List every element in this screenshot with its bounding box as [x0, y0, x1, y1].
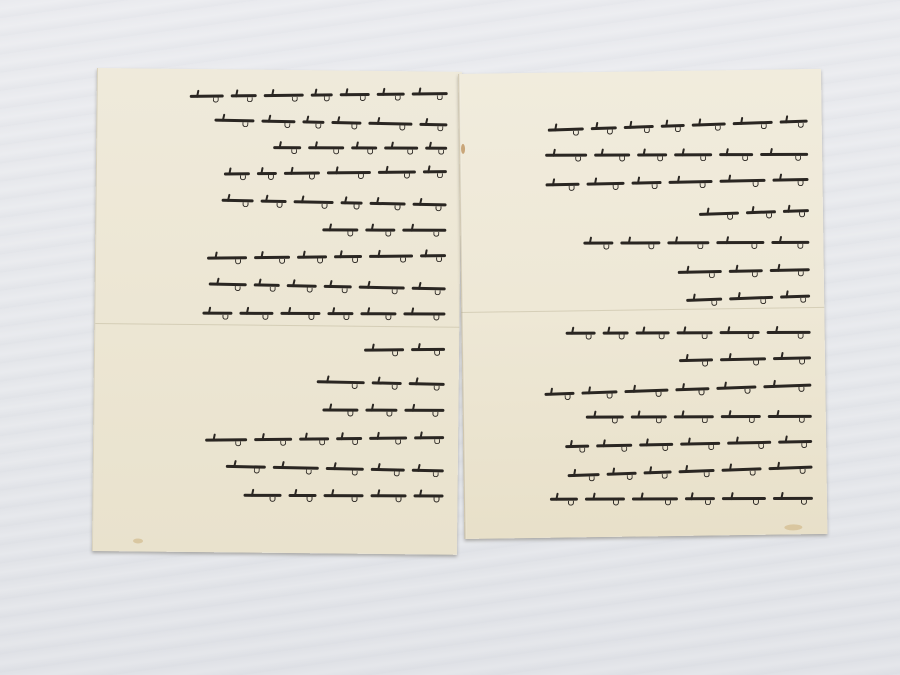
handwritten-word: [727, 440, 771, 444]
handwritten-word: [214, 118, 254, 122]
handwritten-word: [331, 121, 361, 125]
handwritten-word: [546, 182, 580, 186]
handwritten-word: [674, 153, 712, 156]
handwritten-word: [287, 284, 317, 288]
handwritten-word: [207, 256, 247, 259]
handwritten-word: [412, 468, 444, 472]
letter-page-right: Right page of handwritten letter Handwri…: [458, 69, 827, 539]
handwritten-line: [108, 430, 444, 448]
handwritten-line: [218, 402, 444, 417]
letter-page-left: Left page of handwritten letter Handwrit…: [92, 68, 462, 555]
handwritten-word: [254, 255, 290, 258]
handwritten-word: [340, 92, 370, 95]
handwritten-word: [369, 436, 407, 439]
handwritten-word: [239, 311, 273, 314]
handwritten-word: [770, 268, 810, 272]
handwritten-word: [716, 385, 756, 389]
handwritten-word: [773, 356, 811, 360]
handwritten-word: [202, 311, 232, 314]
handwritten-word: [767, 330, 811, 333]
handwritten-word: [678, 270, 722, 274]
handwritten-word: [280, 311, 320, 314]
handwritten-word: [719, 178, 765, 182]
handwritten-word: [746, 210, 776, 214]
handwritten-word: [327, 170, 371, 173]
handwritten-line: [110, 274, 446, 295]
handwritten-word: [675, 387, 709, 391]
handwritten-word: [771, 240, 809, 243]
handwritten-word: [679, 358, 713, 362]
handwritten-line: [477, 434, 812, 455]
handwritten-line: [545, 262, 810, 282]
handwritten-word: [677, 331, 713, 334]
handwritten-word: [294, 200, 334, 204]
handwritten-word: [631, 415, 667, 418]
handwritten-line: [565, 289, 810, 312]
handwritten-word: [364, 348, 404, 351]
handwritten-line: [109, 305, 445, 320]
handwritten-line: [209, 372, 445, 391]
handwritten-word: [680, 441, 720, 445]
handwritten-word: [297, 255, 327, 258]
handwritten-word: [778, 439, 812, 443]
handwritten-lines: [93, 68, 462, 555]
handwritten-word: [729, 269, 763, 273]
handwritten-word: [639, 442, 673, 446]
handwritten-word: [378, 170, 416, 173]
handwritten-line: [477, 409, 812, 424]
handwritten-word: [402, 228, 446, 231]
handwritten-word: [231, 94, 257, 97]
handwritten-word: [414, 436, 444, 439]
handwritten-word: [581, 390, 617, 394]
handwritten-word: [404, 408, 444, 411]
handwritten-word: [583, 241, 613, 244]
handwritten-word: [289, 493, 317, 496]
handwritten-line: [476, 325, 811, 340]
handwritten-word: [644, 470, 672, 474]
handwritten-word: [308, 146, 344, 149]
handwritten-word: [317, 380, 365, 384]
handwritten-word: [368, 121, 412, 125]
handwritten-line: [596, 350, 811, 368]
handwritten-word: [370, 201, 406, 205]
handwritten-word: [636, 331, 670, 334]
handwritten-word: [624, 388, 668, 393]
handwritten-word: [425, 146, 447, 149]
handwritten-word: [632, 181, 662, 185]
handwritten-word: [222, 198, 254, 202]
handwritten-word: [244, 493, 282, 496]
handwritten-word: [603, 331, 629, 334]
handwritten-word: [763, 383, 811, 388]
handwritten-word: [299, 437, 329, 440]
handwritten-word: [596, 443, 632, 447]
handwritten-word: [190, 94, 224, 97]
handwritten-word: [586, 415, 624, 418]
handwritten-word: [326, 466, 364, 470]
handwritten-word: [768, 414, 812, 417]
handwritten-line: [474, 235, 809, 250]
handwritten-line: [111, 190, 447, 211]
handwritten-word: [722, 497, 766, 500]
handwritten-word: [544, 391, 574, 395]
handwritten-word: [679, 469, 715, 473]
handwritten-word: [403, 312, 445, 315]
handwritten-word: [565, 444, 589, 448]
handwritten-word: [721, 415, 761, 418]
handwritten-word: [302, 120, 324, 123]
handwritten-word: [632, 497, 678, 500]
handwritten-word: [254, 437, 292, 440]
handwritten-line: [477, 460, 812, 486]
handwritten-line: [473, 114, 808, 140]
handwritten-word: [780, 119, 808, 123]
handwritten-word: [692, 122, 726, 126]
handwritten-word: [594, 153, 630, 156]
handwritten-word: [273, 465, 319, 469]
handwritten-word: [686, 297, 722, 301]
handwritten-word: [716, 241, 764, 244]
handwritten-word: [780, 294, 810, 298]
handwritten-line: [200, 222, 446, 237]
handwritten-word: [409, 382, 445, 386]
handwritten-line: [171, 140, 447, 155]
handwritten-word: [420, 254, 446, 257]
handwritten-line: [110, 248, 446, 266]
handwritten-line: [269, 342, 445, 358]
handwritten-word: [423, 170, 447, 173]
handwritten-word: [205, 438, 247, 441]
handwritten-word: [254, 283, 280, 287]
handwritten-word: [359, 285, 405, 289]
handwritten-word: [585, 497, 625, 500]
handwritten-word: [685, 497, 715, 500]
handwritten-word: [351, 146, 377, 149]
handwritten-word: [607, 471, 637, 475]
handwritten-word: [273, 146, 301, 149]
handwritten-word: [768, 465, 812, 470]
handwritten-word: [720, 331, 760, 334]
handwritten-word: [591, 126, 617, 130]
handwritten-word: [721, 467, 761, 471]
handwritten-word: [372, 381, 402, 385]
handwritten-line: [473, 172, 808, 193]
handwritten-word: [264, 93, 304, 96]
handwritten-word: [699, 211, 739, 215]
handwritten-word: [324, 284, 352, 288]
handwritten-word: [360, 312, 396, 315]
handwritten-word: [729, 295, 773, 300]
handwritten-line: [473, 147, 808, 162]
handwritten-line: [476, 378, 811, 404]
handwritten-word: [568, 473, 600, 477]
handwritten-word: [674, 415, 714, 418]
handwritten-word: [334, 255, 362, 258]
handwritten-line: [108, 456, 444, 477]
handwritten-word: [413, 202, 447, 206]
handwritten-word: [412, 92, 448, 95]
handwritten-line: [614, 203, 809, 224]
handwritten-word: [384, 146, 418, 149]
handwritten-word: [587, 181, 625, 185]
handwritten-word: [369, 254, 413, 257]
handwritten-word: [783, 209, 809, 213]
handwritten-word: [322, 228, 358, 231]
handwritten-word: [550, 497, 578, 500]
handwritten-word: [371, 467, 405, 471]
handwritten-word: [377, 92, 405, 95]
handwritten-word: [624, 124, 654, 128]
handwritten-word: [419, 122, 447, 126]
handwritten-word: [719, 153, 753, 156]
handwritten-word: [772, 177, 808, 181]
handwritten-word: [261, 119, 295, 123]
handwritten-word: [327, 312, 353, 315]
handwritten-word: [545, 153, 587, 156]
handwritten-word: [226, 464, 266, 468]
handwritten-word: [773, 496, 813, 499]
handwritten-word: [284, 171, 320, 174]
handwritten-word: [412, 286, 446, 290]
handwritten-word: [620, 241, 660, 244]
handwritten-line: [478, 491, 813, 506]
handwritten-word: [261, 199, 287, 203]
handwritten-word: [668, 179, 712, 183]
handwritten-word: [733, 120, 773, 124]
handwritten-word: [661, 123, 685, 127]
handwritten-word: [341, 201, 363, 204]
handwritten-word: [365, 408, 397, 411]
handwritten-line: [108, 487, 444, 502]
handwritten-word: [209, 282, 247, 286]
handwritten-word: [637, 153, 667, 156]
handwritten-word: [311, 93, 333, 96]
handwritten-word: [414, 494, 444, 497]
handwritten-word: [371, 494, 407, 497]
handwritten-word: [257, 171, 277, 174]
handwritten-word: [324, 494, 364, 497]
handwritten-word: [566, 331, 596, 334]
handwritten-word: [720, 357, 766, 361]
handwritten-line: [111, 110, 447, 131]
handwritten-word: [336, 436, 362, 439]
handwritten-word: [760, 152, 808, 155]
handwritten-lines: [458, 69, 827, 539]
handwritten-word: [365, 228, 395, 231]
handwritten-line: [112, 86, 448, 104]
handwritten-word: [667, 241, 709, 244]
handwritten-word: [224, 172, 250, 175]
handwritten-word: [548, 127, 584, 131]
handwritten-word: [322, 408, 358, 411]
handwritten-line: [111, 164, 447, 182]
handwritten-word: [411, 347, 445, 350]
